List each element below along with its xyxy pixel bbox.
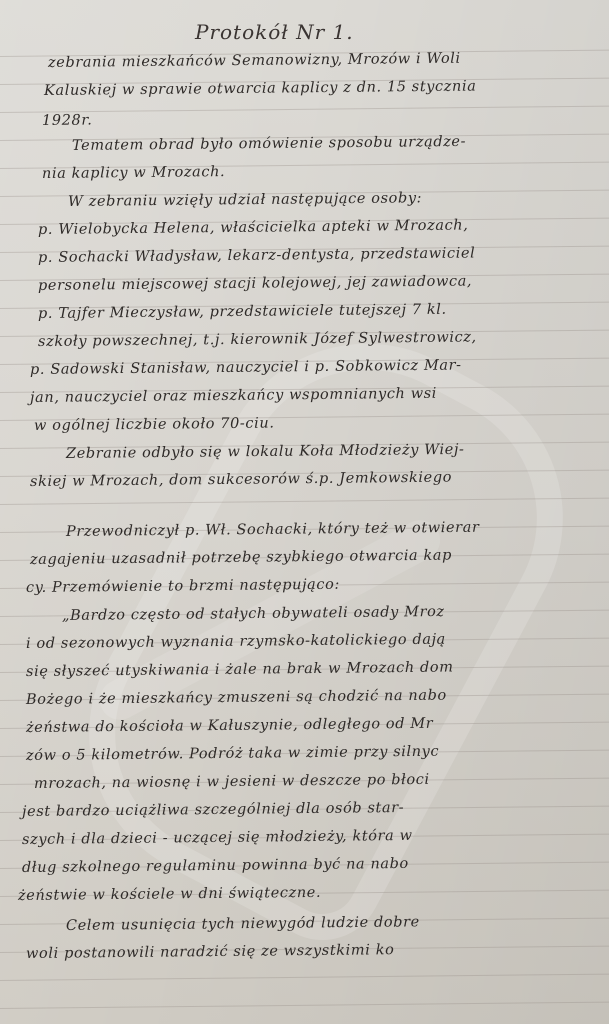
ruled-line [0,498,609,505]
text-line: w ogólnej liczbie około 70-ciu. [34,415,275,434]
text-line: dług szkolnego regulaminu powinna być na… [22,856,409,876]
text-line: szkoły powszechnej, t.j. kierownik Józef… [38,329,477,350]
text-line: p. Wielobycka Helena, właścicielka aptek… [38,217,469,238]
text-line: cy. Przemówienie to brzmi następująco: [26,577,340,596]
text-line: 1928r. [42,112,93,129]
text-line: Bożego i że mieszkańcy zmuszeni są chodz… [26,688,447,708]
text-line: żeństwie w kościele w dni świąteczne. [18,885,321,904]
text-line: szych i dla dzieci - uczącej się młodzie… [22,828,413,848]
text-line: Zebranie odbyło się w lokalu Koła Młodzi… [66,442,465,462]
text-line: i od sezonowych wyznania rzymsko-katolic… [26,632,446,652]
text-line: jest bardzo uciążliwa szczególniej dla o… [22,800,404,820]
text-line: woli postanowili naradzić się ze wszystk… [26,942,395,962]
text-line: p. Sadowski Stanisław, nauczyciel i p. S… [30,357,462,378]
text-line: „Bardzo często od stałych obywateli osad… [62,604,445,624]
text-line: Celem usunięcia tych niewygód ludzie dob… [66,914,420,934]
text-line: zebrania mieszkańców Semanowizny, Mrozów… [48,51,461,71]
text-line: p. Sochacki Władysław, lekarz-dentysta, … [38,245,476,266]
text-line: jan, nauczyciel oraz mieszkańcy wspomnia… [30,386,437,406]
ruled-line [0,1002,609,1009]
text-line: W zebraniu wzięły udział następujące oso… [68,190,422,210]
text-line: p. Tajfer Mieczysław, przedstawiciele tu… [38,302,447,322]
document-title: Protokół Nr 1. [195,20,354,44]
text-line: personelu miejscowej stacji kolejowej, j… [38,273,472,294]
document-page: Protokół Nr 1. zebrania mieszkańców Sema… [0,0,609,1024]
text-line: Tematem obrad było omówienie sposobu urz… [72,134,466,154]
text-line: żeństwa do kościoła w Kałuszynie, odległ… [26,716,433,736]
text-line: się słyszeć utyskiwania i żale na brak w… [26,660,454,680]
text-line: mrozach, na wiosnę i w jesieni w deszcze… [34,772,430,792]
text-line: skiej w Mrozach, dom sukcesorów ś.p. Jem… [30,470,452,490]
text-line: nia kaplicy w Mrozach. [42,164,225,182]
text-line: zów o 5 kilometrów. Podróż taka w zimie … [26,744,439,764]
ruled-line [0,974,609,981]
text-line: Kaluskiej w sprawie otwarcia kaplicy z d… [44,78,477,99]
